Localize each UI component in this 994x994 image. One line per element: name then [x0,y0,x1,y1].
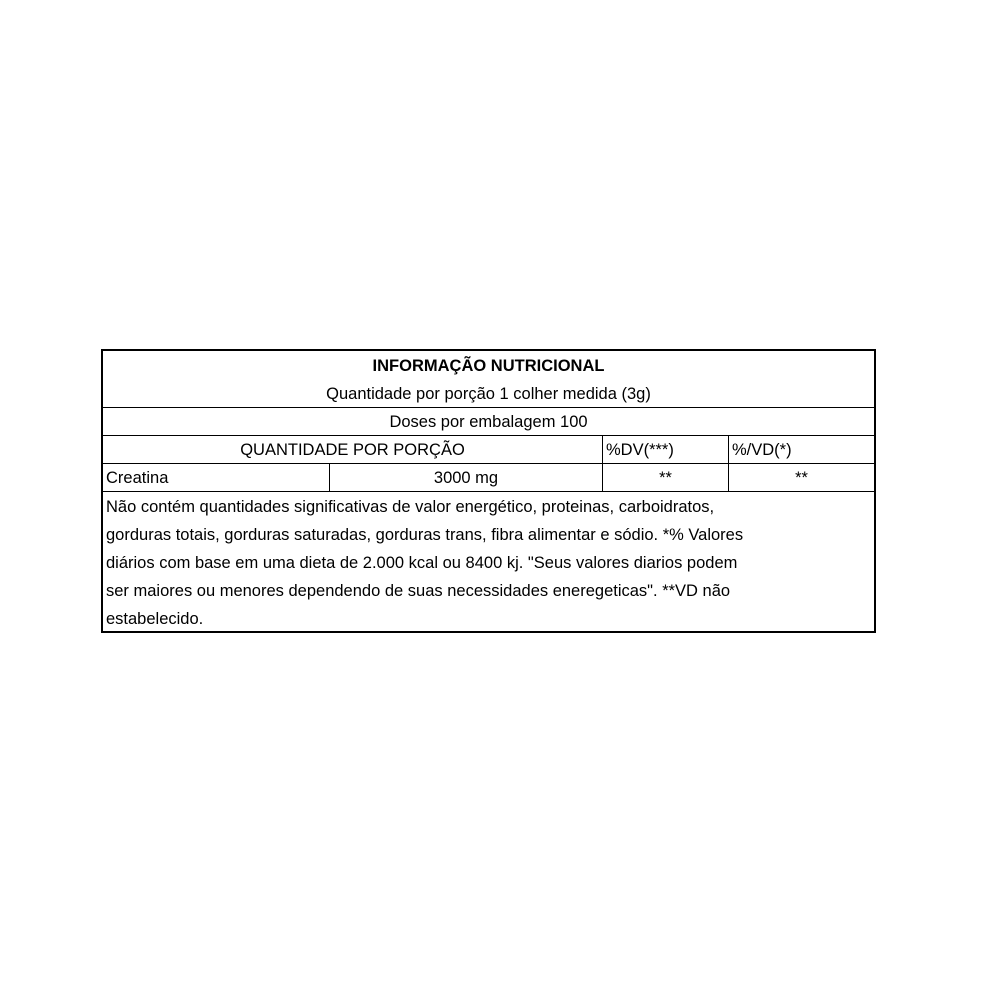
footnote-line: ser maiores ou menores dependendo de sua… [106,577,868,605]
header-vd: %/VD(*) [729,436,874,463]
doses-row: Doses por embalagem 100 [103,408,874,436]
table-title: INFORMAÇÃO NUTRICIONAL [103,352,874,380]
footnotes-text: Não contém quantidades significativas de… [106,493,868,633]
nutrient-dv: ** [603,464,729,491]
footnotes: Não contém quantidades significativas de… [103,492,874,631]
table-row: Creatina 3000 mg ** ** [103,464,874,492]
footnote-line: Não contém quantidades significativas de… [106,493,868,521]
nutrient-amount: 3000 mg [330,464,603,491]
footnote-line: diários com base em uma dieta de 2.000 k… [106,549,868,577]
header-dv: %DV(***) [603,436,729,463]
footnote-line: estabelecido. [106,605,868,633]
doses-per-package: Doses por embalagem 100 [103,408,874,435]
column-header-row: QUANTIDADE POR PORÇÃO %DV(***) %/VD(*) [103,436,874,464]
table-title-block: INFORMAÇÃO NUTRICIONAL Quantidade por po… [103,351,874,408]
serving-size: Quantidade por porção 1 colher medida (3… [103,380,874,408]
header-quantity: QUANTIDADE POR PORÇÃO [103,436,603,463]
nutrient-name: Creatina [103,464,330,491]
nutrient-vd: ** [729,464,874,491]
footnote-line: gorduras totais, gorduras saturadas, gor… [106,521,868,549]
nutrition-facts-table: INFORMAÇÃO NUTRICIONAL Quantidade por po… [101,349,876,633]
